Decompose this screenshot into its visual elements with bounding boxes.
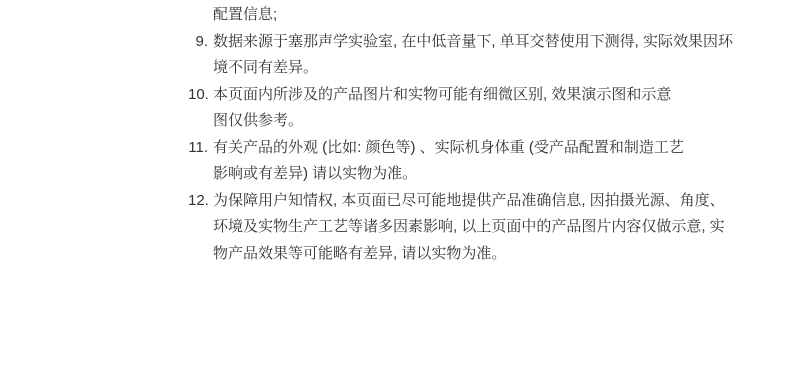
note-item-text: 本页面内所涉及的产品图片和实物可能有细微区别, 效果演示图和示意图仅供参考。 [213, 82, 671, 135]
note-line: 数据来源于塞那声学实验室, 在中低音量下, 单耳交替使用下测得, 实际效果因环 [213, 29, 733, 56]
note-item-number: 11. [188, 135, 208, 162]
note-continuation-row: 配置信息; [188, 2, 788, 29]
note-line: 有关产品的外观 (比如: 颜色等) 、实际机身体重 (受产品配置和制造工艺 [213, 135, 684, 162]
note-continuation-text: 配置信息; [213, 2, 277, 29]
note-line: 物产品效果等可能略有差异, 请以实物为准。 [213, 241, 725, 268]
disclaimer-page: 配置信息; 9. 数据来源于塞那声学实验室, 在中低音量下, 单耳交替使用下测得… [0, 0, 790, 368]
note-line: 环境及实物生产工艺等诸多因素影响, 以上页面中的产品图片内容仅做示意, 实 [213, 214, 725, 241]
note-item: 11. 有关产品的外观 (比如: 颜色等) 、实际机身体重 (受产品配置和制造工… [188, 135, 788, 188]
note-item-number: 10. [188, 82, 208, 109]
note-line: 图仅供参考。 [213, 108, 671, 135]
note-line: 配置信息; [213, 2, 277, 29]
note-item: 10. 本页面内所涉及的产品图片和实物可能有细微区别, 效果演示图和示意图仅供参… [188, 82, 788, 135]
disclaimer-notes-block: 配置信息; 9. 数据来源于塞那声学实验室, 在中低音量下, 单耳交替使用下测得… [188, 2, 788, 267]
note-line: 为保障用户知情权, 本页面已尽可能地提供产品准确信息, 因拍摄光源、角度、 [213, 188, 725, 215]
note-line: 本页面内所涉及的产品图片和实物可能有细微区别, 效果演示图和示意 [213, 82, 671, 109]
note-item: 12. 为保障用户知情权, 本页面已尽可能地提供产品准确信息, 因拍摄光源、角度… [188, 188, 788, 268]
note-item-number: 12. [188, 188, 208, 215]
note-line: 境不同有差异。 [213, 55, 733, 82]
note-line: 影响或有差异) 请以实物为准。 [213, 161, 684, 188]
note-item-number: 9. [188, 29, 208, 56]
note-item-text: 有关产品的外观 (比如: 颜色等) 、实际机身体重 (受产品配置和制造工艺影响或… [213, 135, 684, 188]
note-item-text: 数据来源于塞那声学实验室, 在中低音量下, 单耳交替使用下测得, 实际效果因环境… [213, 29, 733, 82]
note-item-text: 为保障用户知情权, 本页面已尽可能地提供产品准确信息, 因拍摄光源、角度、环境及… [213, 188, 725, 268]
note-item: 9. 数据来源于塞那声学实验室, 在中低音量下, 单耳交替使用下测得, 实际效果… [188, 29, 788, 82]
